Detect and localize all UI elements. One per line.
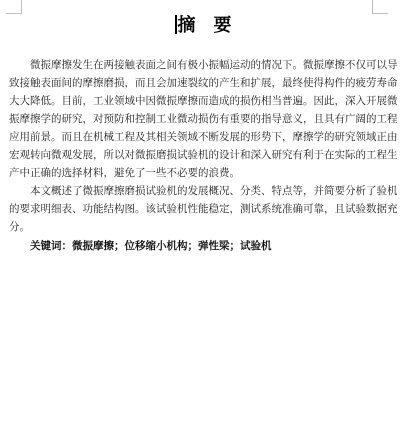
paragraph-line: 大大降低。目前，工业领域中因微振摩擦而造成的损伤相当普遍。因此，深入开展微 bbox=[9, 93, 397, 111]
page-title-text: 摘 要 bbox=[178, 15, 232, 35]
keywords-label: 关键词： bbox=[9, 241, 72, 252]
document-page: 摘 要 微振摩擦发生在两接触表面之间有极小振幅运动的情况下。微振摩擦不仅可以导 … bbox=[0, 0, 406, 427]
page-title[interactable]: 摘 要 bbox=[0, 14, 406, 36]
paragraph-line: 应用前景。而且在机械工程及其相关领域不断发展的形势下，摩擦学的研究领域正由 bbox=[9, 129, 397, 147]
margin-crop-mark-top-left bbox=[6, 0, 22, 14]
paragraph-line: 振摩擦学的研究，对预防和控制工业微动损伤有重要的指导意义，且具有广阔的工程 bbox=[9, 111, 397, 129]
paragraph-line: 分。 bbox=[9, 219, 397, 237]
text-cursor-icon bbox=[175, 15, 177, 34]
paragraph-line: 本文概述了微振摩擦磨损试验机的发展概况、分类、特点等，并简要分析了验机 bbox=[9, 183, 397, 201]
keywords-text: 微振摩擦；位移缩小机构；弹性梁；试验机 bbox=[72, 241, 272, 252]
paragraph-line: 宏观转向微观发展，所以对微振磨损试验机的设计和深入研究有利于在实际的工程生 bbox=[9, 147, 397, 165]
paragraph-line: 产中正确的选择材料，避免了一些不必要的浪费。 bbox=[9, 165, 397, 183]
document-text-body[interactable]: 微振摩擦发生在两接触表面之间有极小振幅运动的情况下。微振摩擦不仅可以导 致接触表… bbox=[9, 57, 397, 256]
margin-crop-mark-top-right bbox=[372, 0, 388, 14]
paragraph-line: 致接触表面间的摩擦磨损，而且会加速裂纹的产生和扩展，最终使得构件的疲劳寿命 bbox=[9, 75, 397, 93]
keywords-line: 关键词：微振摩擦；位移缩小机构；弹性梁；试验机 bbox=[9, 238, 397, 256]
paragraph-line: 微振摩擦发生在两接触表面之间有极小振幅运动的情况下。微振摩擦不仅可以导 bbox=[9, 57, 397, 75]
paragraph-line: 的要求明细表、功能结构图。该试验机性能稳定，测试系统准确可靠，且试验数据充 bbox=[9, 201, 397, 219]
